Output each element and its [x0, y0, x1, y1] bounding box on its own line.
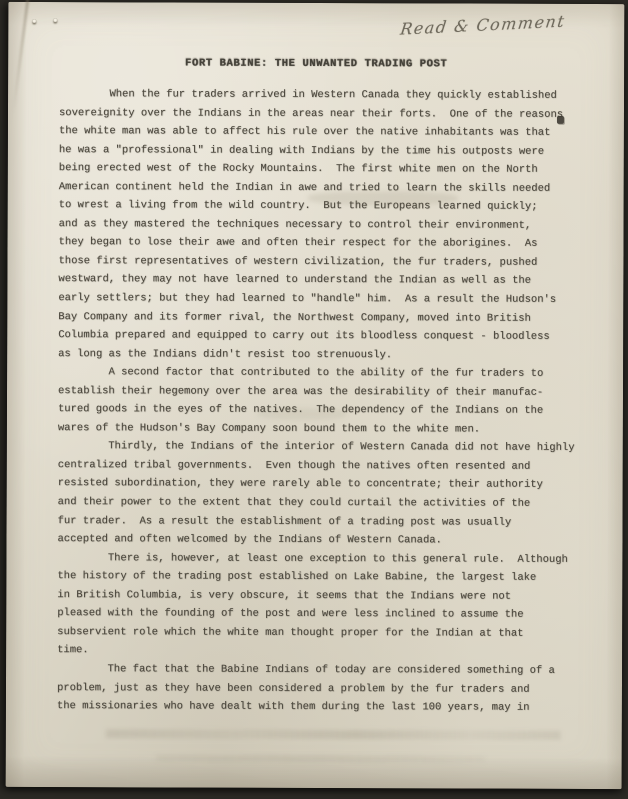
typed-line: to wrest a living from the wild country.… [59, 196, 576, 216]
typed-line: westward, they may not have learned to u… [58, 271, 575, 291]
typed-line: time. [57, 642, 574, 662]
typed-line: centralized tribal governments. Even tho… [58, 456, 575, 476]
pin-hole [32, 19, 36, 23]
typed-line: the white man was able to affect his rul… [59, 122, 576, 142]
typed-line: When the fur traders arrived in Western … [59, 85, 576, 105]
typed-line: Columbia prepared and equipped to carry … [58, 326, 575, 346]
ink-blot [557, 116, 564, 124]
typed-text-block: When the fur traders arrived in Western … [57, 85, 576, 717]
typed-line: the missionaries who have dealt with the… [57, 697, 574, 717]
typed-line: fur trader. As a result the establishmen… [58, 512, 575, 532]
typed-line: pleased with the founding of the post an… [57, 604, 574, 624]
typed-line: and as they mastered the techniques nece… [59, 215, 576, 235]
typed-line: being erected west of the Rocky Mountain… [59, 159, 576, 179]
typed-line: resisted subordination, they were rarely… [58, 475, 575, 495]
document-page: Read & Comment FORT BABINE: THE UNWANTED… [6, 2, 625, 789]
typed-line: they began to lose their awe and often t… [58, 233, 575, 253]
typed-line: Bay Company and its former rival, the No… [58, 308, 575, 328]
typed-line: A second factor that contributed to the … [58, 363, 575, 383]
ink-show-through [106, 729, 561, 740]
typed-line: tured goods in the eyes of the natives. … [58, 400, 575, 420]
typed-line: those first representatives of western c… [58, 252, 575, 272]
typed-line: and their power to the extent that they … [58, 493, 575, 513]
typed-line: sovereignity over the Indians in the are… [59, 104, 576, 124]
ink-show-through [156, 754, 486, 762]
handwritten-note: Read & Comment [399, 11, 566, 38]
scanner-background: Read & Comment FORT BABINE: THE UNWANTED… [0, 0, 628, 799]
typed-line: the history of the trading post establis… [57, 567, 574, 587]
typed-line: American continent held the Indian in aw… [59, 178, 576, 198]
document-title: FORT BABINE: THE UNWANTED TRADING POST [8, 57, 624, 71]
typed-line: There is, however, at least one exceptio… [57, 549, 574, 569]
typed-line: establish their hegemony over the area w… [58, 382, 575, 402]
typed-line: subservient role which the white man tho… [57, 623, 574, 643]
typed-line: wares of the Hudson's Bay Company soon b… [58, 419, 575, 439]
typed-line: problem, just as they have been consider… [57, 679, 574, 699]
typed-line: he was a "professional" in dealing with … [59, 141, 576, 161]
typed-line: in British Columbia, is very obscure, it… [57, 586, 574, 606]
typed-line: Thirdly, the Indians of the interior of … [58, 437, 575, 457]
typed-line: accepted and often welcomed by the India… [57, 530, 574, 550]
typed-line: The fact that the Babine Indians of toda… [57, 660, 574, 680]
typed-line: as long as the Indians didn't resist too… [58, 345, 575, 365]
typed-line: early settlers; but they had learned to … [58, 289, 575, 309]
pin-hole [53, 18, 57, 22]
